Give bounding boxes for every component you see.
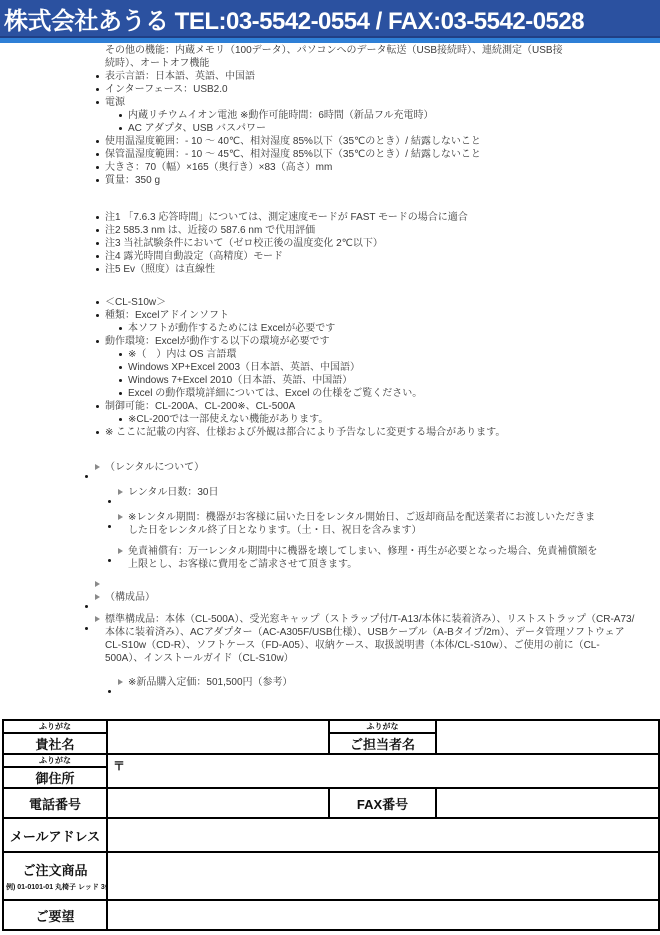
order-items-input-cell [107, 852, 659, 900]
spec-line: 動作環境：Excelが動作する以下の環境が必要です [105, 335, 638, 348]
fax-input-cell [436, 788, 659, 818]
spec-line: レンタル日数：30日 [128, 486, 600, 499]
spec-line: 注2 585.3 nm は、近接の 587.6 nm で代用評価 [105, 224, 638, 237]
spec-line: ※レンタル期間：機器がお客様に届いた日をレンタル開始日、ご返却商品を配送業者にお… [128, 511, 600, 537]
address-label: 御住所 [3, 767, 107, 788]
order-items-label-cell: ご注文商品 例) 01-0101-01 丸椅子 レッド 3個 [3, 852, 107, 900]
spec-list-body: その他の機能：内蔵メモリ（100データ）、パソコンへのデータ転送（USB接続時）… [0, 44, 660, 689]
phone-label: 電話番号 [3, 788, 107, 818]
email-label: メールアドレス [3, 818, 107, 852]
spec-line: 注3 当社試験条件において（ゼロ校正後の温度変化 2℃以下） [105, 237, 638, 250]
order-items-label: ご注文商品 [4, 860, 106, 879]
spec-line: 保管温湿度範囲：- 10 ～ 45℃、相対湿度 85%以下（35℃のとき）/ 結… [105, 148, 638, 161]
spec-line: AC アダプタ、USB バスパワー [128, 122, 600, 135]
spec-line: Windows 7+Excel 2010（日本語、英語、中国語） [128, 374, 600, 387]
order-example-text: 例) 01-0101-01 丸椅子 レッド 3個 [4, 879, 106, 893]
spec-line: （構成品） [105, 591, 638, 604]
order-form-table: ふりがな ふりがな 貴社名 ご担当者名 ふりがな 〒 御住所 電話番号 FAX番… [2, 719, 660, 931]
spec-line [105, 578, 638, 591]
postal-mark: 〒 [108, 755, 125, 774]
company-name-label: 貴社名 [3, 733, 107, 754]
spec-gap [0, 439, 1, 449]
company-name-furigana-label: ふりがな [3, 720, 107, 733]
spec-gap [0, 276, 1, 296]
spec-line: その他の機能：内蔵メモリ（100データ）、パソコンへのデータ転送（USB接続時）… [105, 44, 638, 57]
spec-line: ※ ここに記載の内容、仕様および外観は都合により予告なしに変更する場合があります… [105, 426, 638, 439]
company-name-input-cell [107, 720, 329, 754]
company-contact-title: 株式会社あうる TEL:03-5542-0554 / FAX:03-5542-0… [0, 1, 584, 36]
spec-line: 使用温湿度範囲：- 10 ～ 40℃、相対湿度 85%以下（35℃のとき）/ 結… [105, 135, 638, 148]
spec-line: 注4 露光時間自動設定（高精度）モード [105, 250, 638, 263]
spec-line: 制御可能：CL-200A、CL-200※、CL-500A [105, 400, 638, 413]
spec-line: （レンタルについて） [105, 461, 638, 474]
spec-line: インターフェース：USB2.0 [105, 83, 638, 96]
spec-line: Windows XP+Excel 2003（日本語、英語、中国語） [128, 361, 600, 374]
spec-line: 内蔵リチウムイオン電池 ※動作可能時間：6時間（新品フル充電時） [128, 109, 600, 122]
spec-line: Excel の動作環境詳細については、Excel の仕様をご覧ください。 [128, 387, 600, 400]
spec-line: 続時）、オートオフ機能 [105, 57, 638, 70]
contact-name-label: ご担当者名 [329, 733, 436, 754]
spec-line: 本ソフトが動作するためには Excelが必要です [128, 322, 600, 335]
spec-line: 注5 Ev（照度）は直線性 [105, 263, 638, 276]
fax-label: FAX番号 [329, 788, 436, 818]
spec-line: 大きさ：70（幅）×165（奥行き）×83（高さ）mm [105, 161, 638, 174]
spec-line: 標準構成品：本体（CL-500A）、受光窓キャップ（ストラップ付/T-A13/本… [105, 613, 638, 665]
company-header: 株式会社あうる TEL:03-5542-0554 / FAX:03-5542-0… [0, 0, 660, 36]
address-furigana-label: ふりがな [3, 754, 107, 767]
spec-line: 注1 「7.6.3 応答時間」については、測定速度モードが FAST モードの場… [105, 211, 638, 224]
spec-line: 電源 [105, 96, 638, 109]
spec-line: 免責補償有：万一レンタル期間中に機器を壊してしまい、修理・再生が必要となった場合… [128, 545, 600, 571]
request-label: ご要望 [3, 900, 107, 930]
product-spec-section: その他の機能：内蔵メモリ（100データ）、パソコンへのデータ転送（USB接続時）… [0, 43, 660, 689]
spec-line: 質量：350 g [105, 174, 638, 187]
phone-input-cell [107, 788, 329, 818]
spec-line: ※CL-200では一部使えない機能があります。 [128, 413, 600, 426]
spec-line: 種類：Excelアドインソフト [105, 309, 638, 322]
address-input-cell: 〒 [107, 754, 659, 788]
spec-line: ＜CL-S10w＞ [105, 296, 638, 309]
contact-name-furigana-label: ふりがな [329, 720, 436, 733]
request-input-cell [107, 900, 659, 930]
spec-gap [0, 187, 1, 211]
email-input-cell [107, 818, 659, 852]
spec-line: 表示言語：日本語、英語、中国語 [105, 70, 638, 83]
contact-name-input-cell [436, 720, 659, 754]
spec-line: ※新品購入定価：501,500円（参考） [128, 676, 600, 689]
spec-line: ※（ ）内は OS 言語環 [128, 348, 600, 361]
